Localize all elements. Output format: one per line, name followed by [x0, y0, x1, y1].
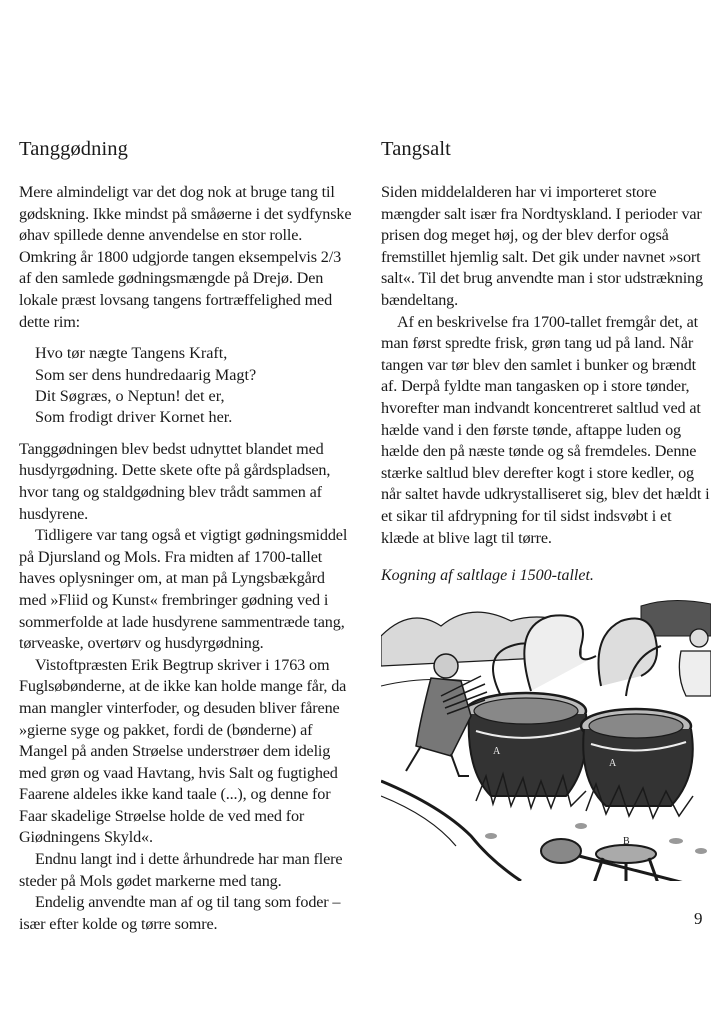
cauldron-woodcut-icon: A A — [381, 596, 711, 881]
svg-text:B: B — [623, 836, 630, 847]
paragraph: Siden middelalderen har vi importeret st… — [381, 182, 711, 312]
left-column: Tanggødning Mere almindeligt var det dog… — [19, 136, 355, 935]
poem-line: Hvo tør nægte Tangens Kraft, — [35, 343, 355, 364]
paragraph: Tanggødningen blev bedst udnyttet blande… — [19, 439, 355, 525]
section-heading-tanggodning: Tanggødning — [19, 136, 355, 162]
paragraph: Af en beskrivelse fra 1700-tallet fremgå… — [381, 312, 711, 550]
paragraph: Mere almindeligt var det dog nok at brug… — [19, 182, 355, 333]
page-number: 9 — [694, 908, 703, 930]
poem-line: Som ser dens hundredaarig Magt? — [35, 365, 355, 386]
svg-text:A: A — [609, 758, 617, 769]
poem-line: Dit Søgræs, o Neptun! det er, — [35, 386, 355, 407]
figure-caption: Kogning af saltlage i 1500-tallet. — [381, 565, 711, 586]
poem-line: Som frodigt driver Kornet her. — [35, 407, 355, 428]
paragraph: Endelig anvendte man af og til tang som … — [19, 892, 355, 935]
svg-text:A: A — [493, 746, 501, 757]
woodcut-illustration: A A — [381, 596, 711, 881]
poem: Hvo tør nægte Tangens Kraft, Som ser den… — [35, 343, 355, 429]
section-heading-tangsalt: Tangsalt — [381, 136, 711, 162]
paragraph: Vistoftpræsten Erik Begtrup skriver i 17… — [19, 655, 355, 849]
paragraph: Endnu langt ind i dette århundrede har m… — [19, 849, 355, 892]
right-column: Tangsalt Siden middelalderen har vi impo… — [381, 136, 711, 881]
paragraph: Tidligere var tang også et vigtigt gødni… — [19, 525, 355, 655]
